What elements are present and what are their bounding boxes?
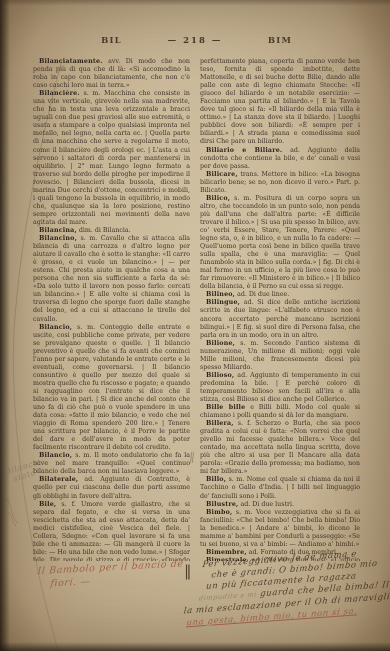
headword: Billera,	[206, 420, 234, 427]
headword: Bilanciatamente.	[39, 58, 103, 65]
entry-text: ad. Di due lustri.	[238, 501, 294, 508]
headword: Bilustre,	[206, 501, 238, 508]
dictionary-entry: Bille bille e Billi billi. Modo col qual…	[200, 404, 360, 420]
dictionary-entry: Bilancio, s. m. Il moto ondulatorio che …	[33, 452, 190, 476]
dictionary-entry: Bilancière. s. m. Macchina che consiste …	[33, 90, 190, 227]
dictionary-entry: Bilingue, ad. Si dice delle antiche iscr…	[200, 299, 360, 339]
headword: Bilione,	[206, 340, 235, 347]
handwritten-margin-mark: ‖	[189, 450, 196, 464]
page-edge-shadow-bottom	[0, 642, 390, 651]
note-line-pencil: dimpudita e mi	[199, 590, 258, 602]
entry-text: dim. di Bilancia.	[77, 227, 131, 234]
handwritten-separator-mark: ‖	[184, 562, 192, 580]
headword: Billo,	[206, 476, 226, 483]
scanned-dictionary-page: BIL — 218 — BIM Bilanciatamente. avv. Di…	[0, 0, 390, 651]
dictionary-entry: Biliario e Biliare. ad. Aggiunto della c…	[200, 147, 360, 171]
dictionary-entry-continuation: perfettamente piana, coperta di panno ve…	[200, 58, 360, 147]
headword: Bille bille	[206, 404, 245, 411]
header-right-guideword: BIM	[200, 36, 360, 46]
entry-text: s. f. Scherzo o Burla, che sia poco grad…	[200, 420, 360, 475]
dictionary-entry: Bilico, s. m. Positura di un corpo sopra…	[200, 195, 360, 292]
headword: Bile,	[39, 501, 56, 508]
entry-text: s. m. Macchina che consiste in una vite …	[33, 90, 190, 226]
dictionary-entry: Bilancio, s. m. Conteggio delle entrate …	[33, 324, 190, 453]
page-edge-shadow-top	[0, 0, 390, 6]
entry-text: ad. Di due linee.	[235, 291, 289, 298]
entry-text: s. f. Umore verde giallastro, che si sep…	[33, 501, 190, 561]
entry-text: s. m. Cavallo che si attacca alla bilanc…	[33, 235, 190, 322]
headword: Bimbo,	[206, 509, 232, 516]
headword: Bilancio,	[39, 452, 72, 459]
headword: Bilancière.	[39, 90, 80, 97]
dictionary-entry: Bilaterale, ad. Aggiunto di Contratto, è…	[33, 476, 190, 500]
headword: Bilicare,	[206, 171, 238, 178]
entry-text: perfettamente piana, coperta di panno ve…	[200, 58, 360, 145]
headword: Bilancio,	[39, 324, 72, 331]
headword: Bilineo,	[206, 291, 235, 298]
dictionary-entry: Bilineo, ad. Di due linee.	[200, 291, 360, 299]
dictionary-entry: Bilustre, ad. Di due lustri.	[200, 501, 360, 509]
dictionary-entry: Bile, s. f. Umore verde giallastro, che …	[33, 501, 190, 561]
dictionary-entry: Bimbo, s. m. Voce vezzeggiativa che si f…	[200, 509, 360, 549]
headword: Biliario e Biliare.	[206, 147, 282, 154]
headword: Bilioso,	[206, 372, 234, 379]
dictionary-entry: Billera, s. f. Scherzo o Burla, che sia …	[200, 420, 360, 476]
headword: Bilancino,	[39, 235, 77, 242]
dictionary-entry: Bilicare, trans. Mettere in bilico: «La …	[200, 171, 360, 195]
handwritten-note-bottom-left: Il Bambolo per il bancio de fiori. —	[36, 558, 184, 590]
dictionary-entry: Bilancino, s. m. Cavallo che si attacca …	[33, 235, 190, 324]
headword: Bilico,	[206, 195, 230, 202]
dictionary-entry: Bilione, s. m. Secondo l'antico sistema …	[200, 340, 360, 372]
handwritten-note-bottom-right: Per vezzeggiativo Je de mama e che è gra…	[196, 546, 390, 628]
dictionary-entry: Billo, s. m. Nome col quale si chiama da…	[200, 476, 360, 500]
page-edge-shadow-left	[0, 0, 10, 651]
entry-text: s. m. Positura di un corpo sopra un altr…	[200, 195, 360, 291]
dictionary-entry: Bilanciatamente. avv. Di modo che non pe…	[33, 58, 190, 90]
headword: Bilancina,	[39, 227, 77, 234]
headword: Bilingue,	[206, 299, 240, 306]
left-column: Bilanciatamente. avv. Di modo che non pe…	[33, 58, 190, 561]
right-column: perfettamente piana, coperta di panno ve…	[200, 58, 360, 561]
headword: Bilaterale,	[39, 476, 78, 483]
headword: Bimembre,	[206, 549, 247, 556]
dictionary-entry: Bilioso, ad. Aggiunto di temperamento in…	[200, 372, 360, 404]
entry-text: s. m. Conteggio delle entrate e uscite, …	[33, 324, 190, 452]
dictionary-entry: Bilancina, dim. di Bilancia.	[33, 227, 190, 235]
